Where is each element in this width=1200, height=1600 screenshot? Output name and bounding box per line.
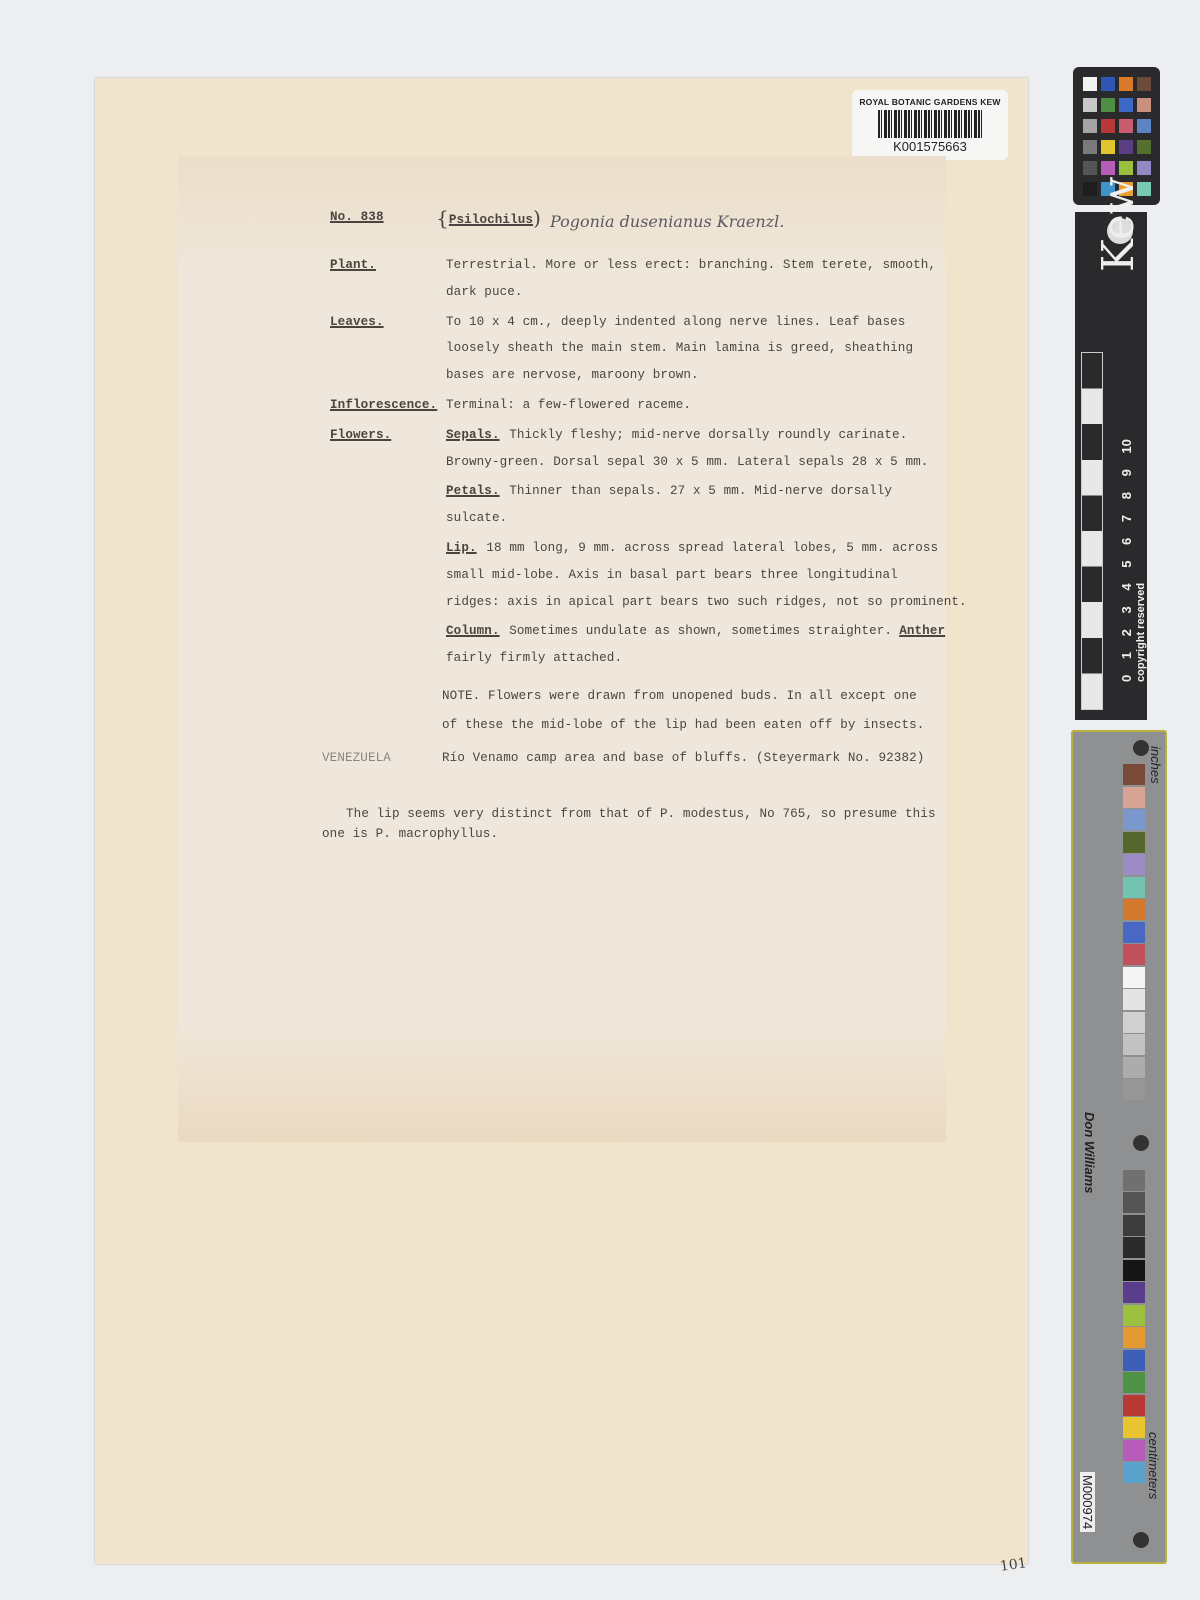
ruler-swatch [1123, 1079, 1145, 1100]
ruler-swatch [1123, 1237, 1145, 1258]
pencil-annotation: 101 [999, 1555, 1028, 1575]
color-swatch [1137, 161, 1151, 175]
institution-name: ROYAL BOTANIC GARDENS KEW [852, 97, 1008, 107]
scale-numbers: 0 1 2 3 4 5 6 7 8 9 10 [1119, 439, 1134, 682]
subsection-text-line: ridges: axis in apical part bears two su… [446, 595, 967, 609]
typed-description-sheet [178, 156, 946, 1142]
color-swatch [1101, 98, 1115, 112]
color-swatch [1083, 140, 1097, 154]
remark-line: one is P. macrophyllus. [322, 827, 498, 841]
ruler-swatch [1123, 809, 1145, 830]
subsection-heading: Sepals. [446, 428, 500, 442]
barcode-number: K001575663 [852, 139, 1008, 154]
ruler-swatch [1123, 944, 1145, 965]
section-text-line: Terrestrial. More or less erect: branchi… [446, 258, 936, 272]
inches-label: inches [1148, 746, 1163, 784]
ruler-swatch [1123, 989, 1145, 1010]
subsection-text-line: fairly firmly attached. [446, 651, 622, 665]
ruler-swatch [1123, 1350, 1145, 1371]
specimen-number: No. 838 [330, 210, 384, 224]
subsection-heading: Lip. [446, 541, 477, 555]
section-label: Flowers. [330, 428, 391, 442]
barcode [878, 110, 982, 138]
subsection-text-line: Sometimes undulate as shown, sometimes s… [509, 624, 892, 638]
ruler-swatch [1123, 967, 1145, 988]
ruler-swatch [1123, 1215, 1145, 1236]
subsection-text-line: sulcate. [446, 511, 507, 525]
ruler-swatch [1123, 1012, 1145, 1033]
color-swatch [1119, 140, 1133, 154]
color-swatch [1119, 119, 1133, 133]
color-swatch [1101, 161, 1115, 175]
ruler-maker: Don Williams [1082, 1112, 1097, 1194]
kew-scale-bar: Kew 0 1 2 3 4 5 6 7 8 9 10 copyright res… [1075, 212, 1147, 720]
locality-text: Río Venamo camp area and base of bluffs.… [442, 751, 924, 765]
ruler-swatch [1123, 1057, 1145, 1078]
color-swatch [1083, 77, 1097, 91]
ruler-swatch [1123, 1440, 1145, 1461]
copyright-text: copyright reserved [1135, 583, 1147, 682]
ruler-hole [1133, 1135, 1149, 1151]
ruler-swatch [1123, 1192, 1145, 1213]
subsection-text-line: 18 mm long, 9 mm. across spread lateral … [486, 541, 938, 555]
handwritten-determination: Pogonia dusenianus Kraenzl. [550, 212, 784, 231]
section-text-line: bases are nervose, maroony brown. [446, 368, 699, 382]
ruler-swatch [1123, 764, 1145, 785]
color-swatch [1101, 77, 1115, 91]
ruler-swatch [1123, 1305, 1145, 1326]
section-text-line: To 10 x 4 cm., deeply indented along ner… [446, 315, 905, 329]
subsection-heading: Column. [446, 624, 500, 638]
note-line: of these the mid-lobe of the lip had bee… [442, 718, 924, 732]
centimeters-label: centimeters [1146, 1432, 1161, 1499]
color-swatch [1137, 119, 1151, 133]
color-swatch [1101, 119, 1115, 133]
section-text-line: Terminal: a few-flowered raceme. [446, 398, 691, 412]
color-swatch [1119, 77, 1133, 91]
color-swatch [1101, 140, 1115, 154]
ruler-swatch [1123, 1417, 1145, 1438]
color-swatch [1083, 98, 1097, 112]
ruler-swatch [1123, 854, 1145, 875]
specimen-barcode-label: ROYAL BOTANIC GARDENS KEW K001575663 [852, 90, 1008, 160]
color-swatch [1119, 161, 1133, 175]
color-swatch [1137, 77, 1151, 91]
genus-heading: {Psilochilus) [436, 206, 541, 230]
ruler-swatch [1123, 1260, 1145, 1281]
kew-logo: Kew [1093, 177, 1144, 272]
subsection-text-line: Browny-green. Dorsal sepal 30 x 5 mm. La… [446, 455, 928, 469]
section-text-line: loosely sheath the main stem. Main lamin… [446, 341, 913, 355]
cm-scale [1081, 352, 1103, 710]
section-label: Plant. [330, 258, 376, 272]
ruler-swatch [1123, 877, 1145, 898]
note-line: NOTE. Flowers were drawn from unopened b… [442, 689, 917, 703]
color-swatch [1137, 140, 1151, 154]
ruler-swatch [1123, 1034, 1145, 1055]
ruler-swatch [1123, 1395, 1145, 1416]
genus-typed: Psilochilus [449, 213, 533, 227]
ruler-hole [1133, 1532, 1149, 1548]
ruler-hole [1133, 740, 1149, 756]
ruler-swatch [1123, 1327, 1145, 1348]
ruler-swatch [1123, 832, 1145, 853]
color-swatch [1083, 119, 1097, 133]
target-id: M000974 [1080, 1472, 1095, 1532]
ruler-swatch [1123, 922, 1145, 943]
section-text-line: dark puce. [446, 285, 523, 299]
color-swatch [1083, 161, 1097, 175]
ruler-swatch [1123, 1282, 1145, 1303]
section-label: Inflorescence. [330, 398, 437, 412]
ruler-swatch [1123, 1170, 1145, 1191]
subsection-heading: Petals. [446, 484, 500, 498]
subsection-text-line: Thickly fleshy; mid-nerve dorsally round… [509, 428, 907, 442]
color-ruler: inches centimeters Don Williams M000974 [1071, 730, 1167, 1564]
subsection-text-line: Thinner than sepals. 27 x 5 mm. Mid-nerv… [509, 484, 892, 498]
locality-country: VENEZUELA [322, 751, 391, 765]
color-swatch [1137, 98, 1151, 112]
color-swatch [1119, 98, 1133, 112]
subsection-text-line: small mid-lobe. Axis in basal part bears… [446, 568, 898, 582]
ruler-swatch [1123, 787, 1145, 808]
ruler-swatch [1123, 1372, 1145, 1393]
section-label: Leaves. [330, 315, 384, 329]
remark-line: The lip seems very distinct from that of… [346, 807, 936, 821]
ruler-swatch [1123, 1462, 1145, 1483]
ruler-swatch [1123, 899, 1145, 920]
subsection-heading: Anther [899, 624, 945, 638]
